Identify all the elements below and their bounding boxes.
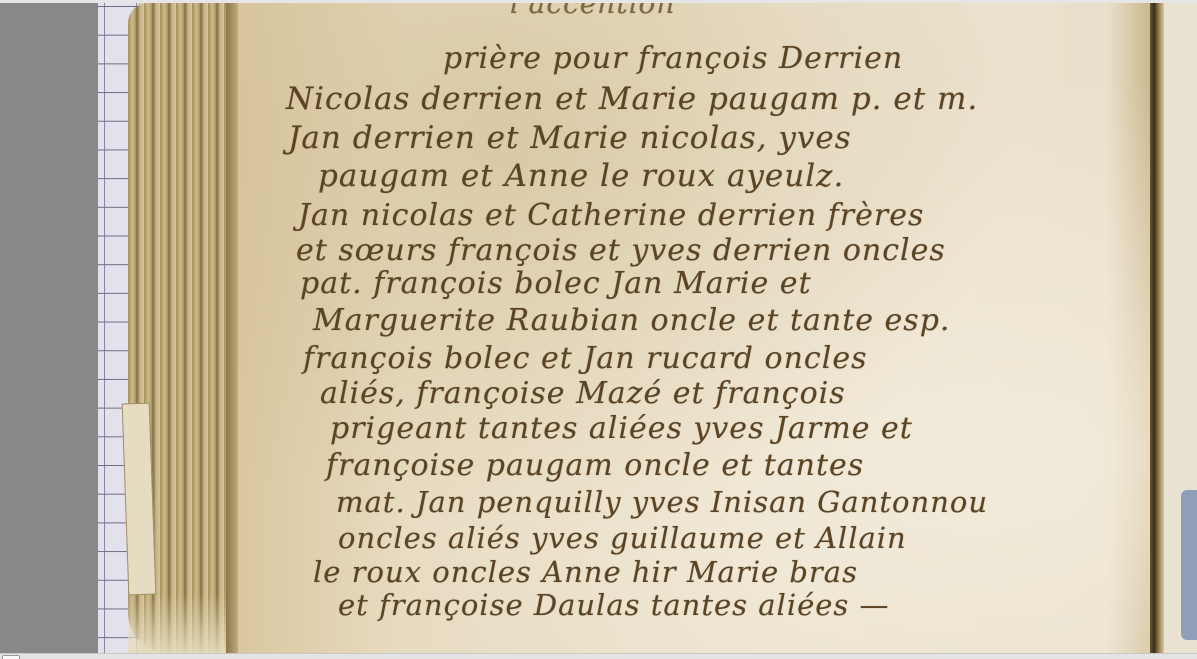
manuscript-line: paugam et Anne le roux ayeulz. <box>318 158 844 194</box>
manuscript-line: Jan nicolas et Catherine derrien frères <box>298 198 924 233</box>
status-bar <box>0 653 1197 659</box>
image-viewer[interactable]: l'accention prière pour françois Derrien… <box>98 3 1197 653</box>
manuscript-line: le roux oncles Anne hir Marie bras <box>313 555 858 589</box>
manuscript-line: prière pour françois Derrien <box>443 41 903 76</box>
manuscript-line: et sœurs françois et yves derrien oncles <box>296 233 946 268</box>
manuscript-line: mat. Jan penquilly yves Inisan Gantonnou <box>336 485 988 519</box>
manuscript-line: l'accention <box>510 3 675 20</box>
side-panel <box>0 3 98 653</box>
status-checkbox[interactable] <box>2 655 20 659</box>
manuscript-line: oncles aliés yves guillaume et Allain <box>338 521 907 555</box>
manuscript-line: Nicolas derrien et Marie paugam p. et m. <box>286 81 978 117</box>
manuscript-page: l'accention prière pour françois Derrien… <box>238 3 1153 653</box>
manuscript-line: prigeant tantes aliées yves Jarme et <box>330 411 913 446</box>
manuscript-line: françoise paugam oncle et tantes <box>326 448 864 483</box>
manuscript-line: aliés, françoise Mazé et françois <box>320 376 846 411</box>
manuscript-line: et françoise Daulas tantes aliées — <box>338 588 890 622</box>
manuscript-line: Jan derrien et Marie nicolas, yves <box>288 120 852 156</box>
manuscript-line: françois bolec et Jan rucard oncles <box>303 341 867 376</box>
scrollbar-thumb[interactable] <box>1181 490 1197 640</box>
book-right-edge <box>1150 3 1164 653</box>
manuscript-line: Marguerite Raubian oncle et tante esp. <box>313 303 950 338</box>
manuscript-line: pat. françois bolec Jan Marie et <box>300 266 812 301</box>
